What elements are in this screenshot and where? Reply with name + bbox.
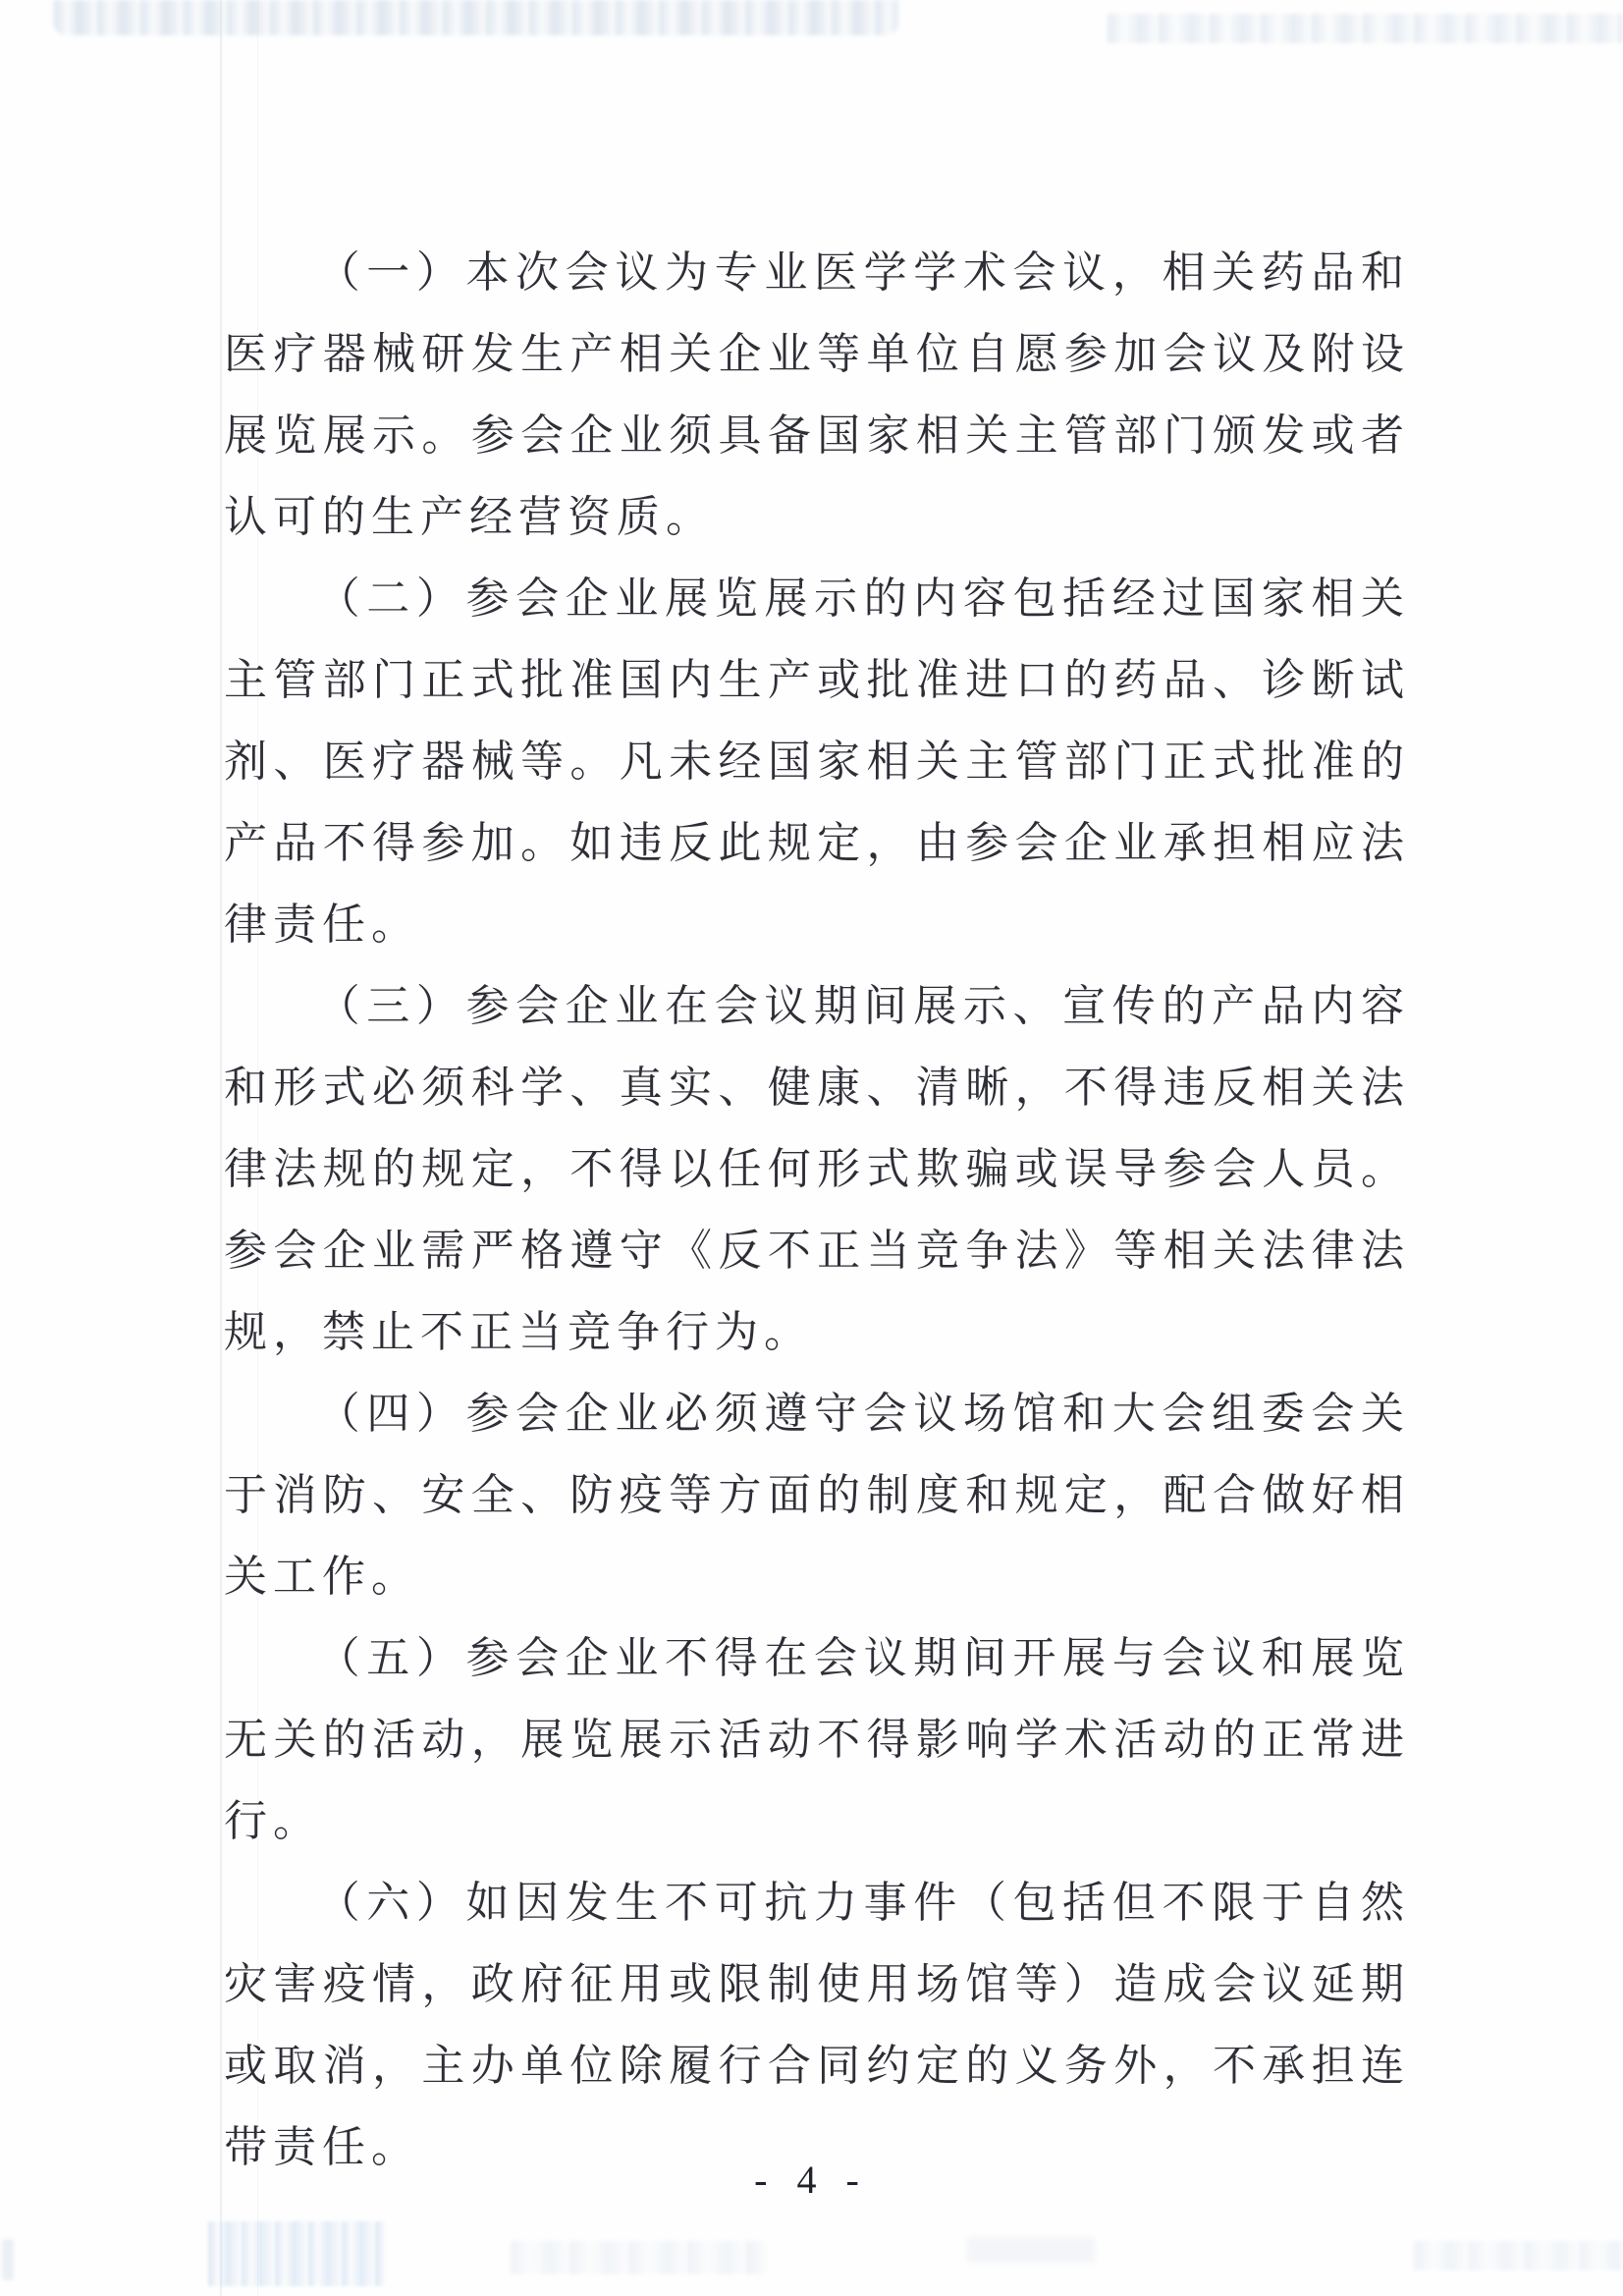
paragraph-item-3: （三）参会企业在会议期间展示、宣传的产品内容和形式必须科学、真实、健康、清晰，不… (224, 965, 1410, 1373)
paragraph-item-6: （六）如因发生不可抗力事件（包括但不限于自然灾害疫情，政府征用或限制使用场馆等）… (224, 1862, 1410, 2188)
scan-artifact-bottom-middle (511, 2241, 766, 2274)
paragraph-item-5: （五）参会企业不得在会议期间开展与会议和展览无关的活动，展览展示活动不得影响学术… (224, 1617, 1410, 1862)
scan-artifact-top-left (54, 0, 898, 35)
paragraph-item-4: （四）参会企业必须遵守会议场馆和大会组委会关于消防、安全、防疫等方面的制度和规定… (224, 1373, 1410, 1617)
scan-artifact-bottom-right-1 (967, 2237, 1095, 2263)
document-body: （一）本次会议为专业医学学术会议，相关药品和医疗器械研发生产相关企业等单位自愿参… (224, 232, 1410, 2188)
scan-artifact-top-right (1108, 14, 1623, 43)
paragraph-item-2: （二）参会企业展览展示的内容包括经过国家相关主管部门正式批准国内生产或批准进口的… (224, 558, 1410, 965)
scan-artifact-left-edge (2, 2239, 14, 2280)
page-number: - 4 - (0, 2157, 1623, 2203)
paragraph-item-1: （一）本次会议为专业医学学术会议，相关药品和医疗器械研发生产相关企业等单位自愿参… (224, 232, 1410, 558)
scan-artifact-bottom-right-2 (1414, 2241, 1623, 2270)
scan-artifact-bottom-left (208, 2221, 385, 2286)
scanned-document-page: （一）本次会议为专业医学学术会议，相关药品和医疗器械研发生产相关企业等单位自愿参… (0, 0, 1623, 2296)
scan-artifact-vertical-line (220, 0, 222, 2296)
